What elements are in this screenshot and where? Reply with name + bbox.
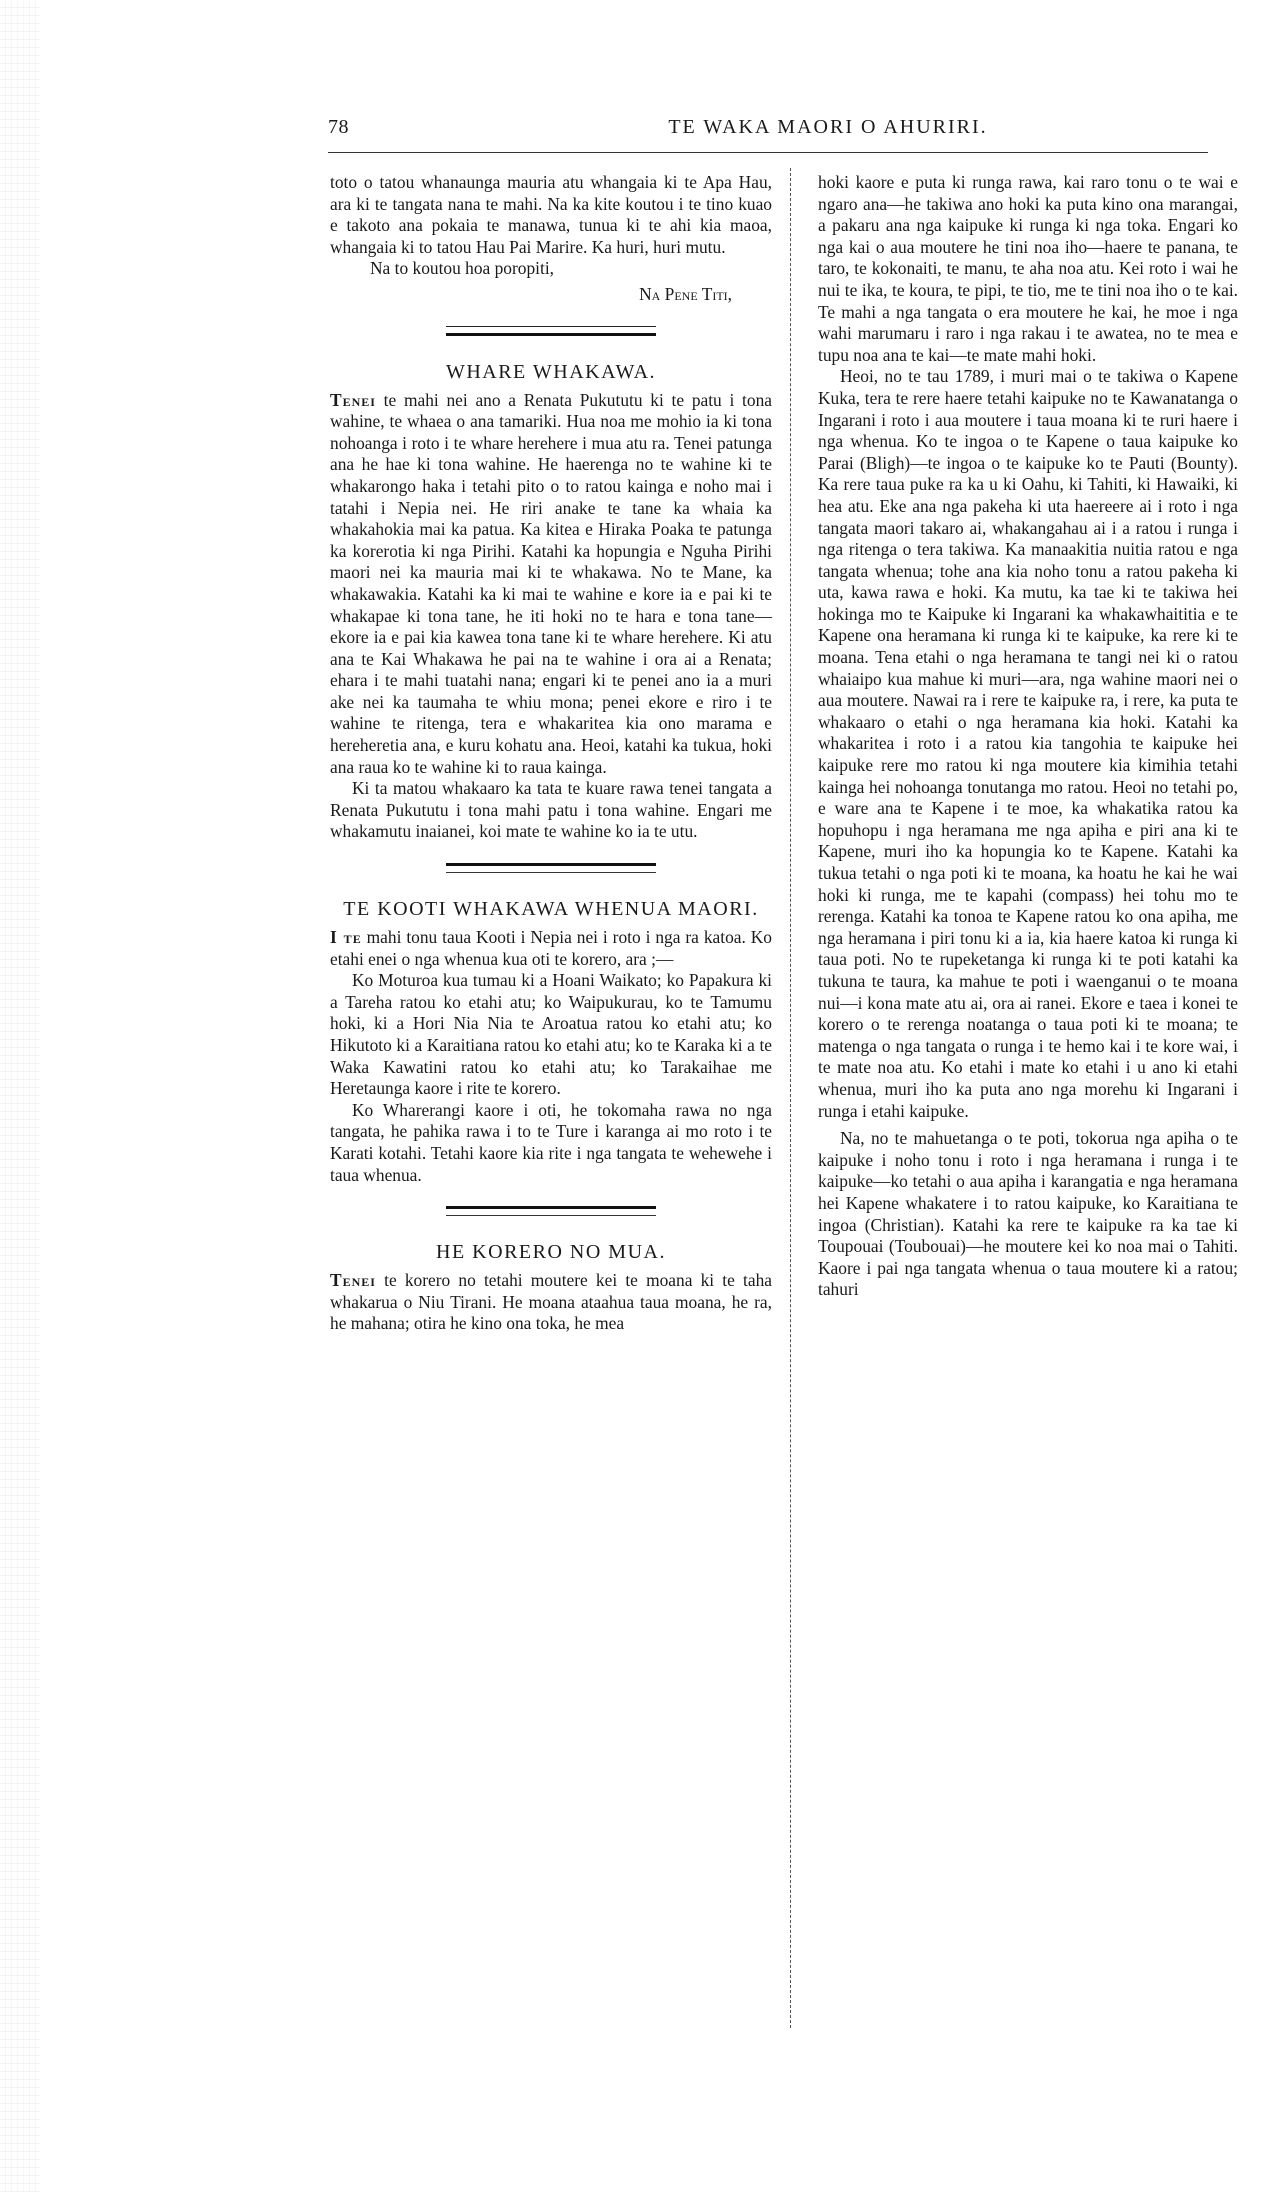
paragraph-text: te mahi nei ano a Renata Pukututu ki te … [330,390,772,777]
article-paragraph: Tenei te mahi nei ano a Renata Pukututu … [330,390,772,779]
section-heading-he-korero-no-mua: HE KORERO NO MUA. [330,1240,772,1264]
section-divider [446,1206,656,1216]
article-paragraph: I te mahi tonu taua Kooti i Nepia nei i … [330,927,772,970]
header-rule [328,152,1208,153]
page-title: TE WAKA MAORI O AHURIRI. [328,116,1238,139]
article-paragraph: Ko Moturoa kua tumau ki a Hoani Waikato;… [330,970,772,1100]
article-paragraph: Ki ta matou whakaaro ka tata te kuare ra… [330,778,772,843]
lead-word: I te [330,927,362,947]
article-paragraph: hoki kaore e puta ki runga rawa, kai rar… [818,172,1238,366]
article-paragraph: Heoi, no te tau 1789, i muri mai o te ta… [818,366,1238,1122]
section-heading-whare-whakawa: WHARE WHAKAWA. [330,360,772,384]
left-column: toto o tatou whanaunga mauria atu whanga… [330,172,772,1335]
lead-word: Tenei [330,1270,376,1290]
continued-paragraph: toto o tatou whanaunga mauria atu whanga… [330,172,772,258]
right-column: hoki kaore e puta ki runga rawa, kai rar… [818,172,1238,1301]
paragraph-text: mahi tonu taua Kooti i Nepia nei i roto … [330,927,772,969]
article-paragraph: Na, no te mahuetanga o te poti, tokorua … [818,1128,1238,1301]
article-paragraph: Tenei te korero no tetahi moutere kei te… [330,1270,772,1335]
article-paragraph: Ko Wharerangi kaore i oti, he tokomaha r… [330,1100,772,1186]
column-separator [790,168,791,2028]
section-heading-te-kooti: TE KOOTI WHAKAWA WHENUA MAORI. [330,897,772,921]
scan-edge-noise [0,0,40,2192]
lead-word: Tenei [330,390,376,410]
letter-signoff: Na to koutou hoa poropiti, [330,258,772,280]
section-divider [446,326,656,336]
page-header: 78 TE WAKA MAORI O AHURIRI. [328,112,1238,142]
letter-signature: Na Pene Titi, [330,284,772,306]
paragraph-text: te korero no tetahi moutere kei te moana… [330,1270,772,1333]
section-divider [446,863,656,873]
